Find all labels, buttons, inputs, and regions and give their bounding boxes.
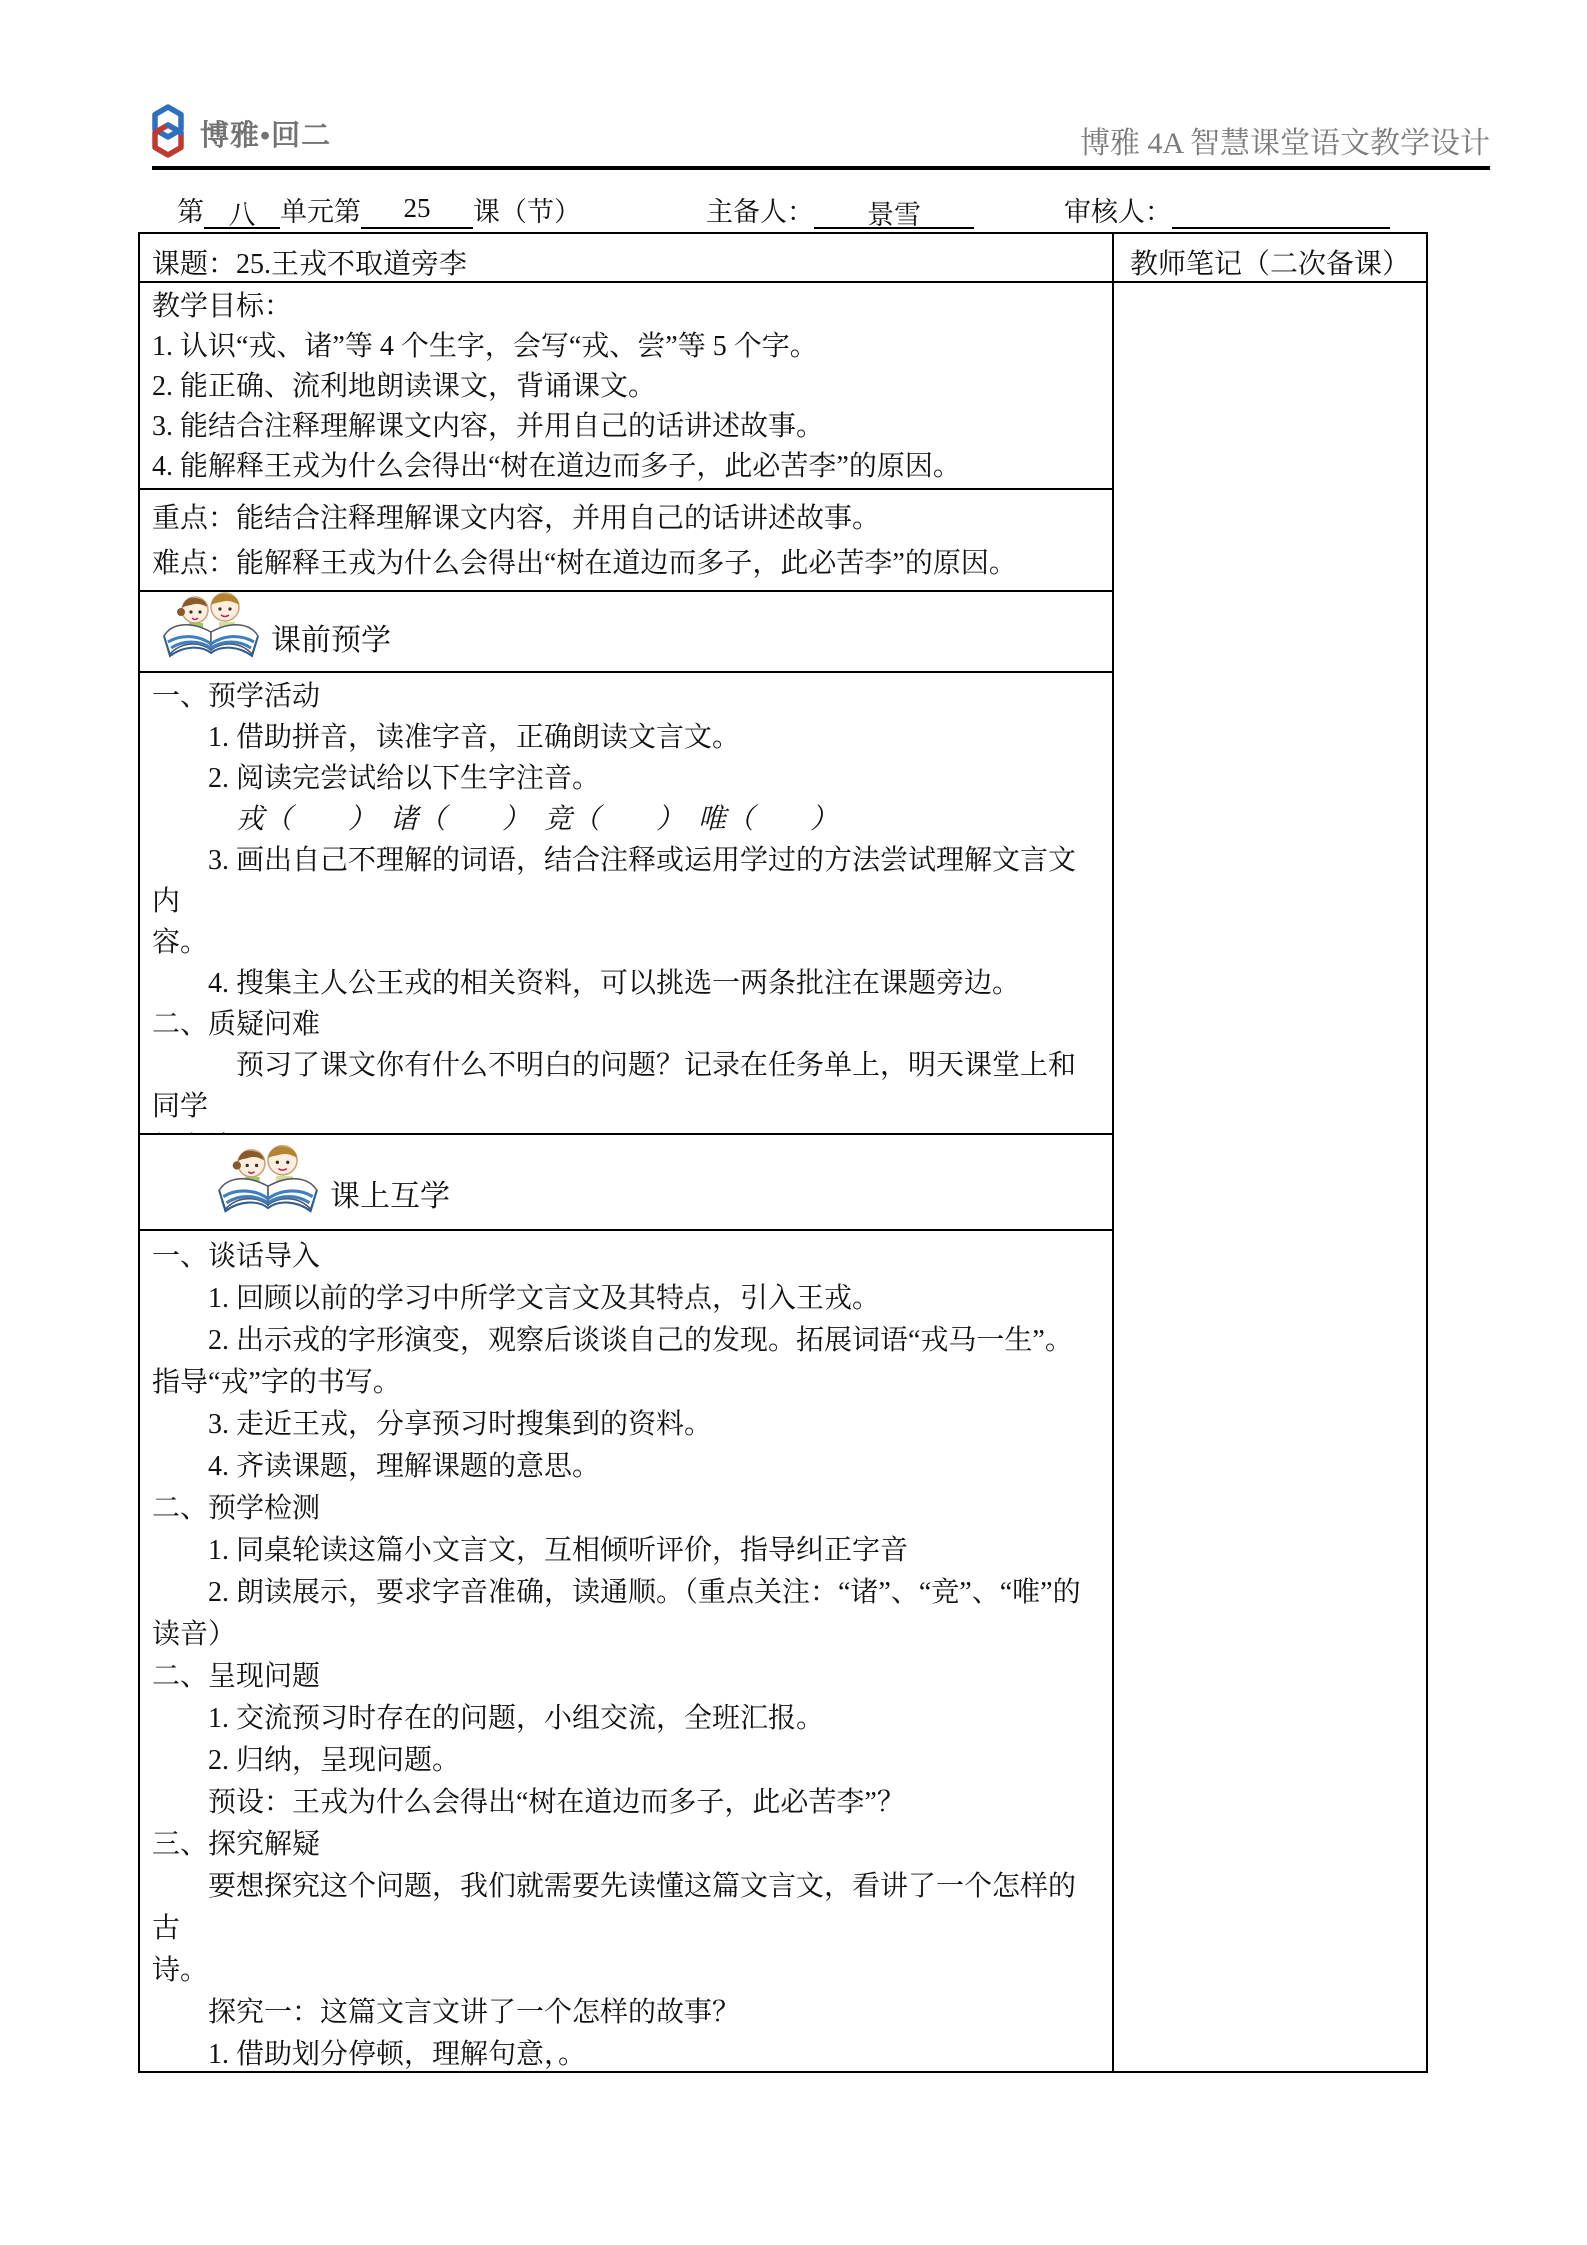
text-line: 2. 能正确、流利地朗读课文，背诵课文。 <box>152 367 1112 407</box>
main-column: 课题：25.王戎不取道旁李 教学目标：1. 认识“戎、诸”等 4 个生字，会写“… <box>140 234 1114 2071</box>
text-line: 三、探究解疑 <box>152 1824 1102 1866</box>
reviewer-blank <box>1172 193 1390 229</box>
text-line: 探究一：这篇文言文讲了一个怎样的故事？ <box>152 1992 1102 2034</box>
unit-mid: 单元第 <box>280 197 361 227</box>
text-line: 4. 齐读课题，理解课题的意思。 <box>152 1446 1102 1488</box>
text-line: 1. 同桌轮读这篇小文言文，互相倾听评价，指导纠正字音 <box>152 1530 1102 1572</box>
text-line: 二、预学检测 <box>152 1488 1102 1530</box>
text-line: 1. 回顾以前的学习中所学文言文及其特点，引入王戎。 <box>152 1278 1102 1320</box>
reviewer-label: 审核人： <box>1064 197 1172 227</box>
text-line: 4. 搜集主人公王戎的相关资料，可以挑选一两条批注在课题旁边。 <box>152 963 1098 1004</box>
lesson-plan-table: 课题：25.王戎不取道旁李 教学目标：1. 认识“戎、诸”等 4 个生字，会写“… <box>138 232 1428 2073</box>
text-line: 3. 画出自己不理解的词语，结合注释或运用学过的方法尝试理解文言文内 <box>152 840 1098 922</box>
text-line: 重点：能结合注释理解课文内容，并用自己的话讲述故事。 <box>152 496 1112 541</box>
text-line: 教学目标： <box>152 287 1112 327</box>
text-line: 诗。 <box>152 1950 1102 1992</box>
pre-class-section-header: 课前预学 <box>140 592 1112 673</box>
header-rule <box>152 166 1490 170</box>
pre-class-section-title: 课前预学 <box>271 615 391 665</box>
unit-blank: 八 <box>204 193 280 229</box>
in-class-section-header: 课上互学 <box>140 1135 1112 1231</box>
preparer-blank: 景雪 <box>814 193 974 229</box>
objectives-cell: 教学目标：1. 认识“戎、诸”等 4 个生字，会写“戎、尝”等 5 个字。2. … <box>140 283 1112 490</box>
text-line: 1. 借助拼音，读准字音，正确朗读文言文。 <box>152 717 1098 758</box>
text-line: 们交流。 <box>152 1127 1098 1135</box>
text-line: 3. 走近王戎，分享预习时搜集到的资料。 <box>152 1404 1102 1446</box>
text-line: 1. 交流预习时存在的问题，小组交流，全班汇报。 <box>152 1698 1102 1740</box>
meta-line: 第八单元第25课（节） 主备人：景雪 审核人： <box>0 190 1587 234</box>
text-line: 二、呈现问题 <box>152 1656 1102 1698</box>
lesson-blank: 25 <box>361 193 473 229</box>
text-line: 读音） <box>152 1614 1102 1656</box>
text-line: 指导“戎”字的书写。 <box>152 1362 1102 1404</box>
teacher-notes-column: 教师笔记（二次备课） <box>1114 234 1426 2071</box>
text-line: 一、谈话导入 <box>152 1236 1102 1278</box>
lesson-title-cell: 课题：25.王戎不取道旁李 <box>140 234 1112 283</box>
preview-lines-b: 3. 画出自己不理解的词语，结合注释或运用学过的方法尝试理解文言文内容。 4. … <box>152 840 1098 1135</box>
text-line: 难点：能解释王戎为什么会得出“树在道边而多子，此必苦李”的原因。 <box>152 541 1112 586</box>
text-line: 一、预学活动 <box>152 676 1098 717</box>
text-line: 1. 认识“戎、诸”等 4 个生字，会写“戎、尝”等 5 个字。 <box>152 327 1112 367</box>
text-line: 预习了课文你有什么不明白的问题？记录在任务单上，明天课堂上和同学 <box>152 1045 1098 1127</box>
teacher-notes-empty-area <box>1114 283 1426 2071</box>
reviewer-group: 审核人： <box>1064 190 1390 229</box>
preparer-group: 主备人：景雪 <box>706 190 974 229</box>
in-class-content-cell: 一、谈话导入 1. 回顾以前的学习中所学文言文及其特点，引入王戎。 2. 出示戎… <box>140 1231 1112 2071</box>
pre-class-content-cell: 一、预学活动 1. 借助拼音，读准字音，正确朗读文言文。 2. 阅读完尝试给以下… <box>140 673 1112 1135</box>
document-title: 博雅 4A 智慧课堂语文教学设计 <box>1080 118 1490 162</box>
text-line: 2. 出示戎的字形演变，观察后谈谈自己的发现。拓展词语“戎马一生”。 <box>152 1320 1102 1362</box>
brand-name: 博雅•回二 <box>200 113 331 154</box>
school-logo-icon <box>150 104 186 163</box>
unit-suffix: 课（节） <box>473 197 581 227</box>
text-line: 2. 朗读展示，要求字音准确，读通顺。（重点关注：“诸”、“竞”、“唯”的 <box>152 1572 1102 1614</box>
text-line: 4. 能解释王戎为什么会得出“树在道边而多子，此必苦李”的原因。 <box>152 447 1112 487</box>
header-brand: 博雅•回二 <box>150 104 331 162</box>
in-class-section-title: 课上互学 <box>330 1171 450 1221</box>
text-line: 要想探究这个问题，我们就需要先读懂这篇文言文，看讲了一个怎样的古 <box>152 1866 1102 1950</box>
text-line: 容。 <box>152 922 1098 963</box>
text-line: 预设：王戎为什么会得出“树在道边而多子，此必苦李”？ <box>152 1782 1102 1824</box>
preview-lines-a: 一、预学活动 1. 借助拼音，读准字音，正确朗读文言文。 2. 阅读完尝试给以下… <box>152 676 1098 799</box>
pinyin-fill-line: 戎（ ） 诸（ ） 竞（ ） 唯（ ） <box>152 799 1098 840</box>
text-line: 二、质疑问难 <box>152 1004 1098 1045</box>
text-line: 2. 归纳，呈现问题。 <box>152 1740 1102 1782</box>
text-line: 1. 借助划分停顿，理解句意，。 <box>152 2034 1102 2071</box>
text-line: 2. 阅读完尝试给以下生字注音。 <box>152 758 1098 799</box>
students-reading-icon <box>214 1144 322 1221</box>
unit-lesson-group: 第八单元第25课（节） <box>177 190 581 229</box>
students-reading-icon <box>159 592 263 665</box>
preparer-label: 主备人： <box>706 197 814 227</box>
text-line: 3. 能结合注释理解课文内容，并用自己的话讲述故事。 <box>152 407 1112 447</box>
key-points-cell: 重点：能结合注释理解课文内容，并用自己的话讲述故事。难点：能解释王戎为什么会得出… <box>140 490 1112 592</box>
unit-prefix: 第 <box>177 197 204 227</box>
teacher-notes-header: 教师笔记（二次备课） <box>1114 234 1426 283</box>
